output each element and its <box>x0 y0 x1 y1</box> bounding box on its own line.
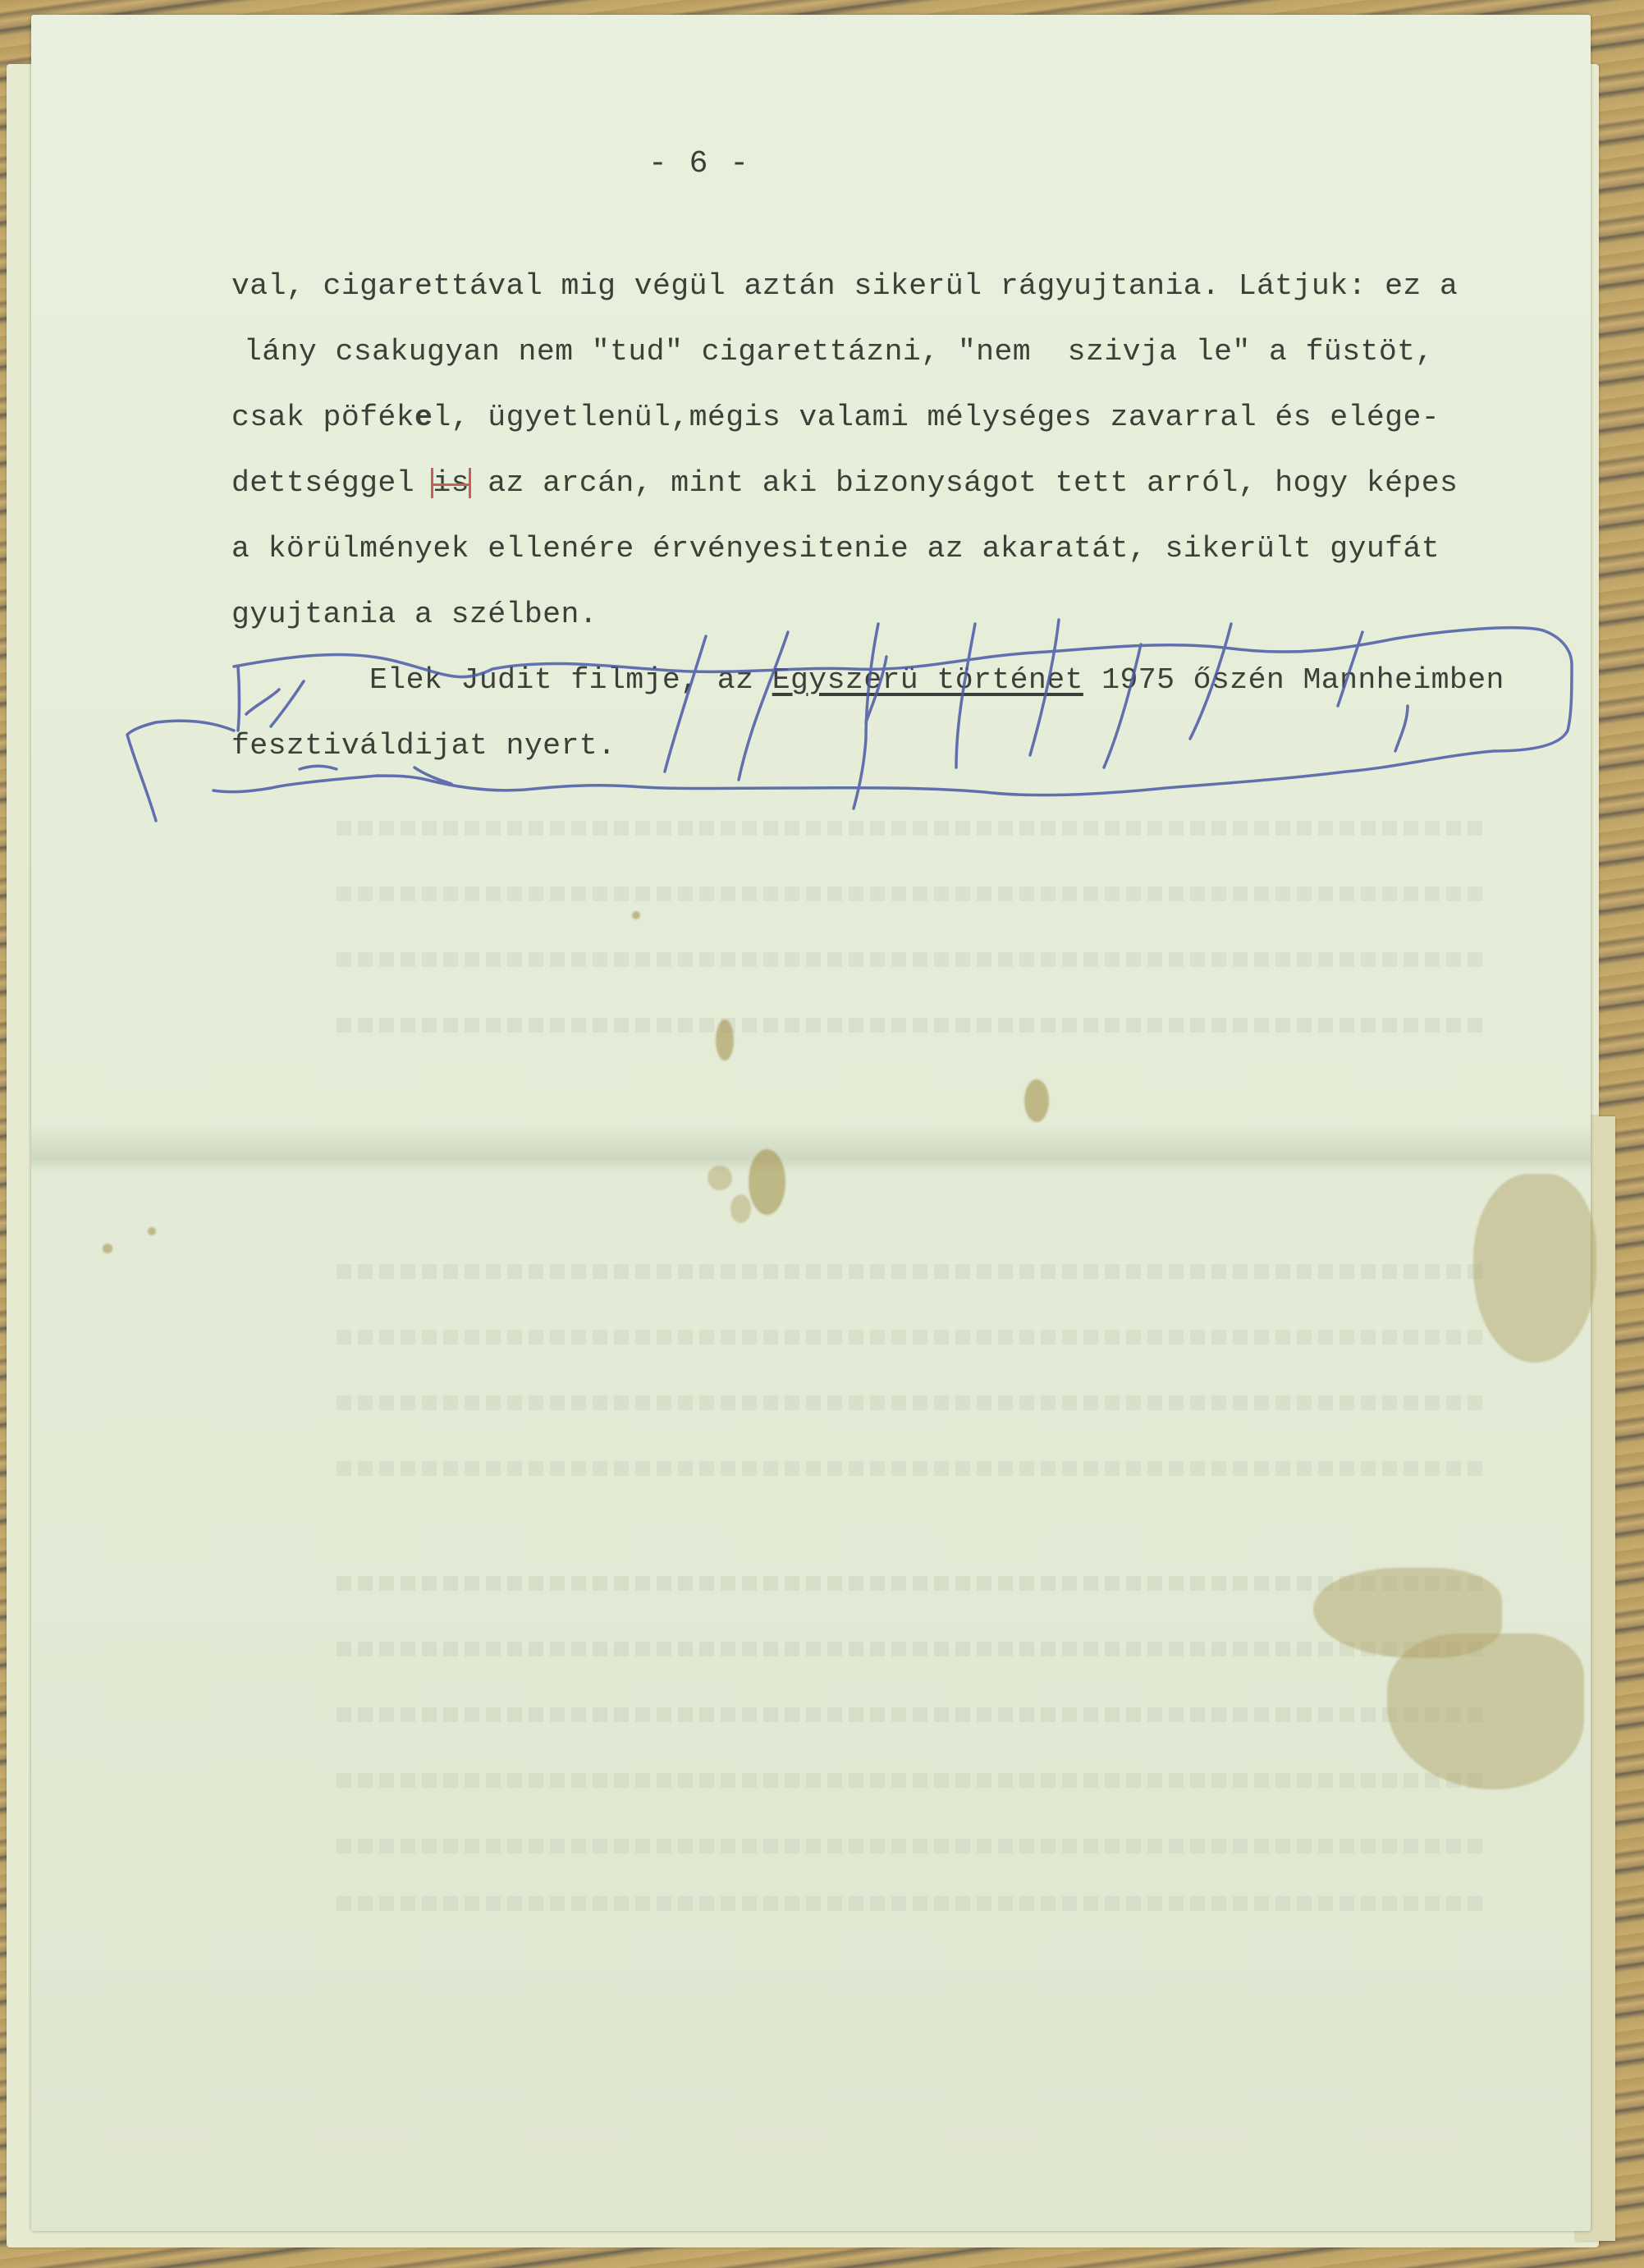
show-through-text <box>337 952 1486 967</box>
show-through-text <box>337 1461 1486 1476</box>
show-through-text <box>337 821 1486 836</box>
show-through-text <box>337 1576 1486 1591</box>
film-title: Egyszerü történet <box>772 663 1083 697</box>
text-line: lány csakugyan nem "tud" cigarettázni, "… <box>244 335 1434 369</box>
water-stain <box>1473 1174 1596 1363</box>
show-through-text <box>337 1642 1486 1656</box>
show-through-text <box>337 1896 1486 1911</box>
text-line: a körülmények ellenére érvényesitenie az… <box>231 532 1440 566</box>
text-segment: Elek Judit filmje, az <box>369 663 772 697</box>
show-through-text <box>337 1773 1486 1788</box>
text-line: dettséggel is az arcán, mint aki bizonys… <box>231 466 1458 500</box>
overtyped-correction: e <box>414 401 433 434</box>
show-through-text <box>337 1707 1486 1722</box>
text-line: gyujtania a szélben. <box>231 598 598 631</box>
text-segment: az arcán, mint aki bizonyságot tett arró… <box>469 466 1458 500</box>
page-number: - 6 - <box>648 146 750 181</box>
stain-spot <box>148 1227 156 1235</box>
paper-fold-crease <box>31 1125 1591 1174</box>
stain-spot <box>632 911 640 919</box>
show-through-text <box>337 1264 1486 1279</box>
show-through-text <box>337 887 1486 901</box>
crossed-out-line: Elek Judit filmje, az Egyszerü történet … <box>369 663 1504 697</box>
show-through-text <box>337 1839 1486 1853</box>
stain-spot <box>708 1166 732 1190</box>
show-through-text <box>337 1018 1486 1033</box>
text-line: csak pöfékel, ügyetlenül,mégis valami mé… <box>231 401 1440 434</box>
stain-spot <box>1024 1079 1049 1122</box>
text-line: val, cigarettával mig végül aztán sikerü… <box>231 269 1458 303</box>
show-through-text <box>337 1395 1486 1410</box>
crossed-out-line: fesztiváldijat nyert. <box>231 729 616 763</box>
stain-spot <box>103 1244 112 1253</box>
show-through-text <box>337 1330 1486 1345</box>
stain-spot <box>749 1149 785 1215</box>
stain-spot <box>716 1019 734 1061</box>
text-segment: dettséggel <box>231 466 433 500</box>
stain-spot <box>730 1194 751 1223</box>
red-strikethrough-word: is <box>433 466 469 500</box>
text-segment: 1975 őszén Mannheimben <box>1083 663 1504 697</box>
text-segment: l, ügyetlenül,mégis valami mélységes zav… <box>433 401 1440 434</box>
text-segment: csak pöfék <box>231 401 414 434</box>
